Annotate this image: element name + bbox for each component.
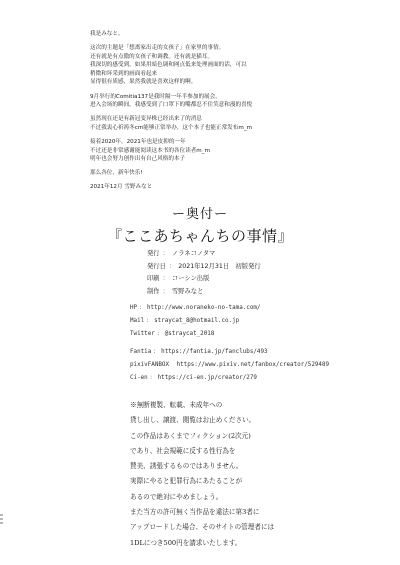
fantia-url[interactable]: https://fantia.jp/fanclubs/493 (161, 349, 267, 355)
link-mail: Mail：straycat_8@hotmail.co.jp (130, 315, 329, 328)
legal-notice: ※無断複製、転載、未成年への 貸し出し、譲渡、閲覧はお止めください。 この作品は… (130, 398, 360, 551)
afterword-text: 我是みなと。 这次的主题是「想离家出走的女孩子」在家里的事情。 还有就是有点傲的… (90, 30, 330, 197)
credit-producer: 制作：雪野みなと (147, 286, 261, 299)
afterword-event: 9月举行的Comitia137是我时隔一年半参加的展会。 进入会场的瞬间，我感受… (90, 93, 330, 110)
link-twitter: Twitter：@straycat_2018 (130, 328, 329, 341)
afterword-greeting: 我是みなと。 (90, 30, 330, 39)
link-pixiv-fanbox: pixivFANBOX https://www.pixiv.net/fanbox… (130, 359, 329, 372)
link-fantia: Fantia：https://fantia.jp/fanclubs/493 (130, 346, 329, 359)
book-title: 『ここあちゃんちの事情』 (0, 225, 400, 246)
colophon-heading: ー奥付ー (0, 203, 400, 222)
mail-address[interactable]: straycat_8@hotmail.co.jp (154, 318, 239, 324)
afterword-news: 虽然现在还是有新冠变异株已经出来了的消息 不过我衷心祈祷冬cm能够正常举办，这个… (90, 115, 330, 132)
afterword-new-year: 那么各位，新年快乐! (90, 169, 330, 178)
credit-publisher: 発行：ノラネコノタマ (147, 248, 261, 261)
ci-en-url[interactable]: https://ci-en.jp/creator/279 (158, 375, 257, 381)
afterword-thanks: 接着2020年，2021年也是皮抑的一年 不过还是非常感谢能阅读这本书的各位读者… (90, 138, 330, 164)
link-homepage: HP：http://www.noraneko-no-tama.com/ (130, 302, 329, 315)
credit-printer: 印刷：コーシン出版 (147, 273, 261, 286)
colophon-page: 我是みなと。 这次的主题是「想离家出走的女孩子」在家里的事情。 还有就是有点傲的… (0, 0, 400, 565)
afterword-theme: 这次的主题是「想离家出走的女孩子」在家里的事情。 还有就是有点傲的女孩子和调教。… (90, 44, 330, 87)
contact-links-support: Fantia：https://fantia.jp/fanclubs/493 pi… (130, 346, 329, 384)
contact-links: HP：http://www.noraneko-no-tama.com/ Mail… (130, 302, 329, 385)
page-edge-mark (0, 514, 3, 524)
credits-list: 発行：ノラネコノタマ 発行日：2021年12月31日 初版発行 印刷：コーシン出… (147, 248, 261, 298)
link-ci-en: Ci-en：https://ci-en.jp/creator/279 (130, 372, 329, 385)
afterword-signature: 2021年12月 雪野みなと (90, 183, 330, 192)
credit-publish-date: 発行日：2021年12月31日 初版発行 (147, 261, 261, 274)
twitter-handle[interactable]: @straycat_2018 (165, 331, 215, 337)
fanbox-url[interactable]: https://www.pixiv.net/fanbox/creator/529… (177, 362, 330, 368)
contact-links-primary: HP：http://www.noraneko-no-tama.com/ Mail… (130, 302, 329, 340)
homepage-url[interactable]: http://www.noraneko-no-tama.com/ (147, 305, 261, 311)
